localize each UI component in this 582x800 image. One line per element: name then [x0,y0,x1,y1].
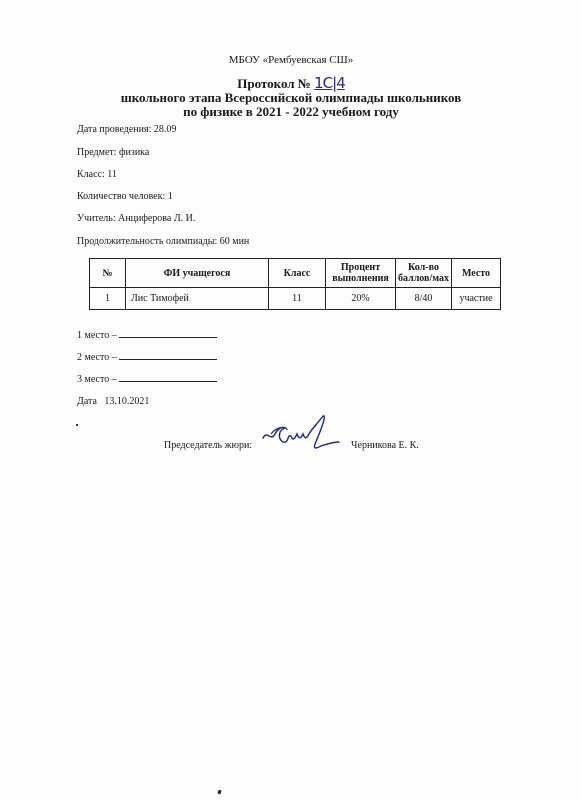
cell-score: 8/40 [396,288,452,310]
table-row: 1 Лис Тимофей 11 20% 8/40 участие [90,288,501,310]
place-third: 3 место – [77,372,217,385]
document-page: МБОУ «Рембуевская СШ» Протокол № 1С|4 шк… [0,0,582,800]
place-second-label: 2 место – [77,352,117,363]
signature-icon [257,412,347,462]
title-line-2: школьного этапа Всероссийской олимпиады … [0,91,582,105]
header-percent-line1: Процент [341,262,380,273]
field-count: Количество человек: 1 [77,191,173,202]
place-first-blank [119,328,217,338]
cell-place: участие [452,288,501,310]
field-teacher: Учитель: Анциферова Л. И. [77,213,195,224]
place-first-label: 1 место – [77,330,117,341]
protocol-heading: Протокол № 1С|4 [0,76,582,91]
protocol-label: Протокол № [237,76,311,91]
header-percent: Процент выполнения [326,259,396,288]
header-num: № [90,259,126,288]
scan-speck [217,790,221,795]
chair-label: Председатель жюри: [164,440,252,451]
cell-num: 1 [90,288,126,310]
header-name: ФИ учащегося [126,259,269,288]
field-duration: Продолжительность олимпиады: 60 мин [77,236,249,247]
chair-name: Черникова Е. К. [351,440,419,451]
school-name: МБОУ «Рембуевская СШ» [0,54,582,66]
place-second: 2 место – [77,350,217,363]
results-table: № ФИ учащегося Класс Процент выполнения … [89,258,501,310]
field-subject: Предмет: физика [77,147,149,158]
field-date: Дата проведения: 28.09 [77,124,176,135]
place-third-label: 3 место – [77,374,117,385]
header-grade: Класс [269,259,326,288]
cell-percent: 20% [326,288,396,310]
place-second-blank [119,350,217,360]
header-score-line1: Кол-во [408,262,439,273]
document-title: Протокол № 1С|4 школьного этапа Всеросси… [0,76,582,119]
table-header-row: № ФИ учащегося Класс Процент выполнения … [90,259,501,288]
title-line-3: по физике в 2021 - 2022 учебном году [0,105,582,119]
place-third-blank [119,372,217,382]
field-grade: Класс: 11 [77,169,117,180]
header-percent-line2: выполнения [332,273,389,284]
header-score: Кол-во баллов/мах [396,259,452,288]
place-first: 1 место – [77,328,217,341]
header-place: Место [452,259,501,288]
cell-grade: 11 [269,288,326,310]
footer-date: Дата 13.10.2021 [77,396,149,407]
header-score-line2: баллов/мах [398,273,449,284]
cell-name: Лис Тимофей [126,288,269,310]
scan-speck [76,424,78,426]
